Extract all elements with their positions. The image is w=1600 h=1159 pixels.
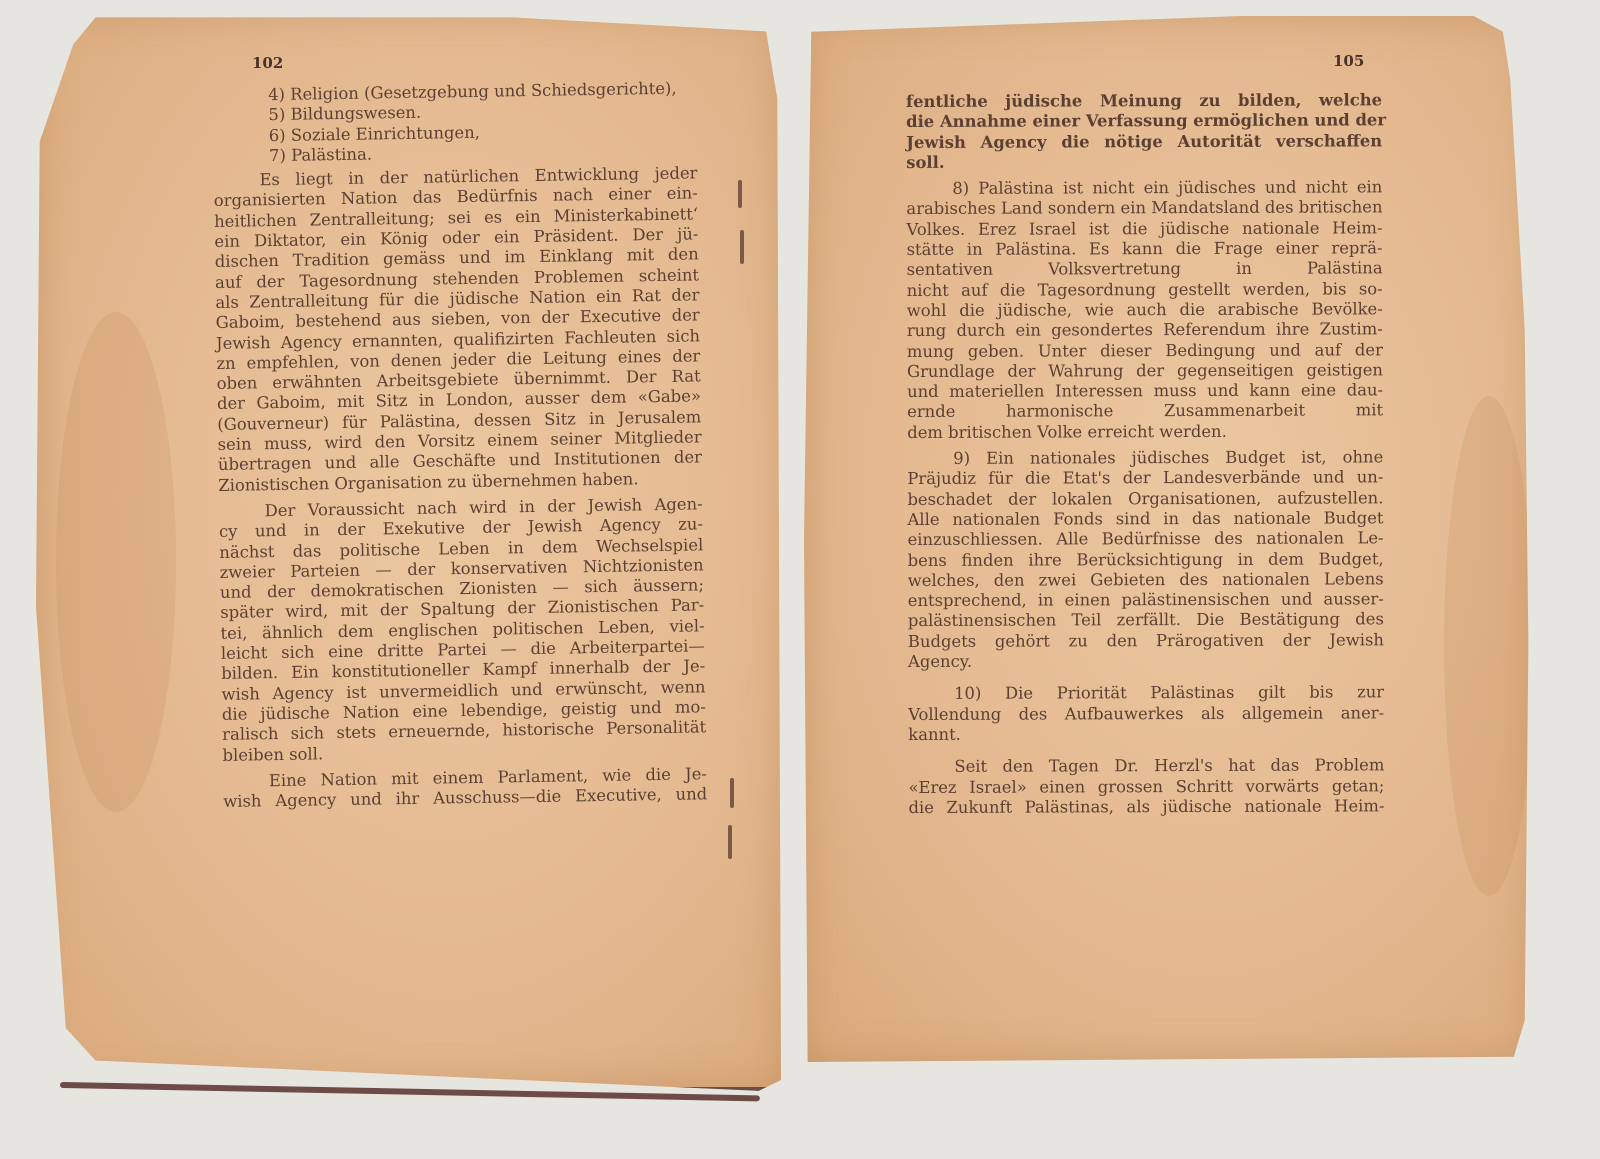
text-line: Grundlage der Wahrung der gegenseitigen … [907,360,1383,382]
text-line: Vollendung des Aufbauwerkes als allgemei… [908,703,1384,725]
text-line: bens finden ihre Berücksichtigung in dem… [908,549,1384,571]
text-line: fentliche jüdische Meinung zu bilden, we… [906,90,1382,112]
right-page-text: fentliche jüdische Meinung zu bilden, we… [906,90,1385,824]
text-line: nicht auf die Tagesordnung gestellt werd… [907,279,1383,301]
paragraph: fentliche jüdische Meinung zu bilden, we… [906,90,1382,173]
text-line: Budgets gehört zu den Prärogativen der J… [908,630,1384,652]
binding-hole [740,230,744,264]
text-line: Agency. [908,650,1384,672]
paper-stain [1444,396,1534,896]
paragraph: Es liegt in der natürlichen Entwicklung … [213,164,702,496]
page-number-left: 102 [252,54,283,72]
numbered-list: 4) Religion (Gesetzgebung und Schiedsger… [212,78,697,167]
text-line: mung geben. Unter dieser Bedingung und a… [907,340,1383,362]
text-line: Seit den Tagen Dr. Herzl's hat das Probl… [908,756,1384,778]
paragraph: Der Voraussicht nach wird in der Jewish … [219,494,707,765]
text-line: entsprechend, in einen palästinensischen… [908,589,1384,611]
paragraph: 10) Die Priorität Palästinas gilt bis zu… [908,683,1384,746]
paragraph: Seit den Tagen Dr. Herzl's hat das Probl… [908,756,1384,819]
text-line: die Annahme einer Verfassung ermöglichen… [906,111,1382,133]
binding-hole [730,778,734,808]
text-line: die Zukunft Palästinas, als jüdische nat… [908,796,1384,818]
text-line: welches, den zwei Gebieten des nationale… [908,569,1384,591]
text-line: Jewish Agency die nötige Autorität versc… [906,131,1382,153]
binding-hole [738,180,742,208]
text-line: sentativen Volksvertretung in Palästina [907,259,1383,281]
text-line: 10) Die Priorität Palästinas gilt bis zu… [908,683,1384,705]
text-line: soll. [906,151,1382,173]
text-line: kannt. [908,723,1384,745]
text-line: wohl die jüdische, wie auch die arabisch… [907,299,1383,321]
text-line: Alle nationalen Fonds sind in das nation… [907,508,1383,530]
text-line: ernde harmonische Zusammenarbeit mit [907,401,1383,423]
text-line: stätte in Palästina. Es kann die Frage e… [907,238,1383,260]
text-line: «Erez Israel» einen grossen Schritt vorw… [908,776,1384,798]
paper-stain [56,312,176,812]
binding-hole [728,825,732,859]
paragraph: 9) Ein nationales jüdisches Budget ist, … [907,447,1384,672]
text-line: 9) Ein nationales jüdisches Budget ist, … [907,447,1383,469]
text-line: palästinensischen Teil zerfällt. Die Bes… [908,610,1384,632]
text-line: Präjudiz für die Etat's der Landesverbän… [907,468,1383,490]
paragraph: 8) Palästina ist nicht ein jüdisches und… [906,178,1383,444]
text-line: dem britischen Volke erreicht werden. [907,421,1383,443]
text-line: und materiellen Interessen muss und kann… [907,380,1383,402]
text-line: 8) Palästina ist nicht ein jüdisches und… [906,178,1382,200]
text-line: arabisches Land sondern ein Mandatsland … [906,198,1382,220]
paragraph: Eine Nation mit einem Parlament, wie die… [223,764,708,812]
left-page-text: 4) Religion (Gesetzgebung und Schiedsger… [212,78,707,818]
page-number-right: 105 [1333,52,1364,70]
text-line: rung durch ein gesondertes Referendum ih… [907,320,1383,342]
text-line: beschadet der lokalen Organisationen, au… [907,488,1383,510]
text-line: Volkes. Erez Israel ist die jüdische nat… [906,218,1382,240]
text-line: einzuschliessen. Alle Bedürfnisse des na… [908,529,1384,551]
